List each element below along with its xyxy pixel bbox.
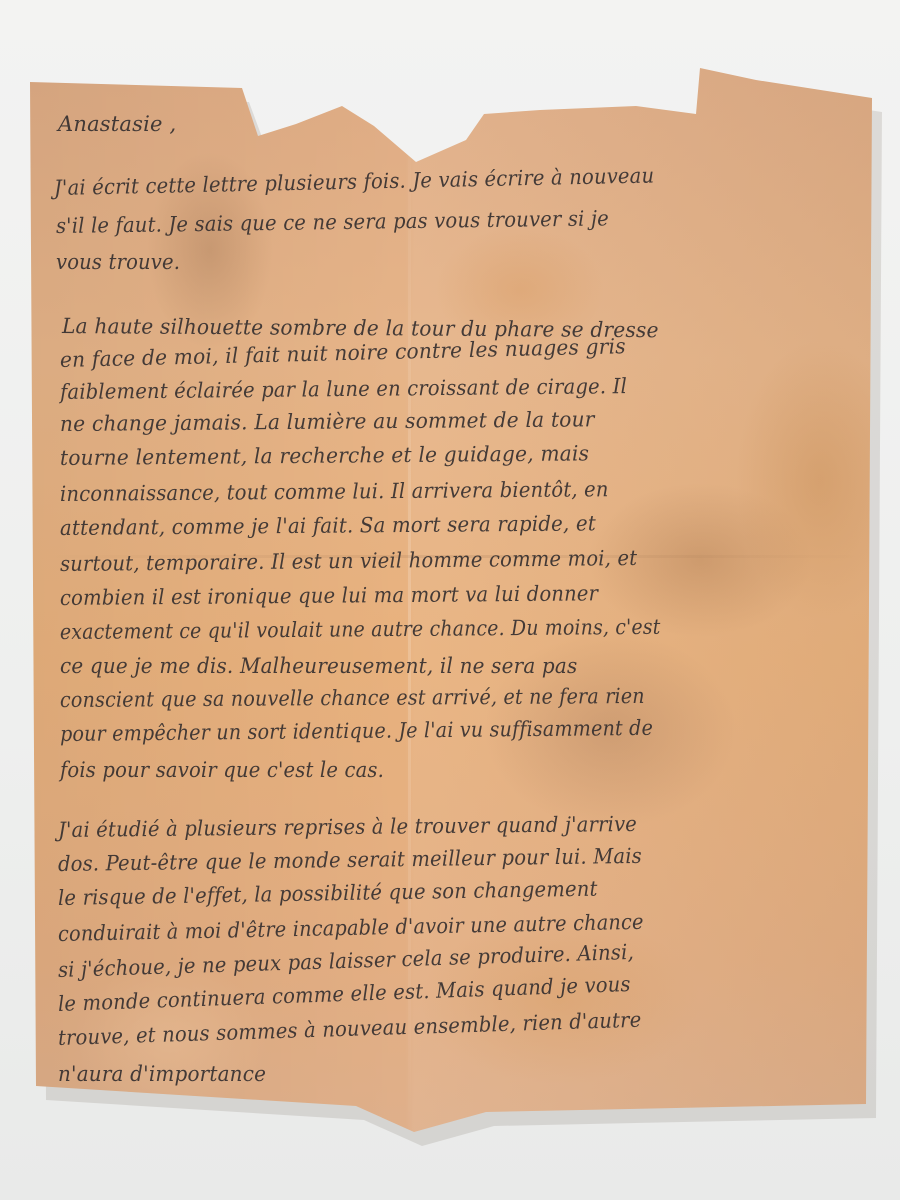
letter-line: pour empêcher un sort identique. Je l'ai… — [60, 716, 653, 746]
salutation: Anastasie , — [58, 112, 176, 136]
letter-line: n'aura d'importance — [58, 1062, 266, 1086]
letter-line: surtout, temporaire. Il est un vieil hom… — [60, 546, 637, 576]
letter-line: tourne lentement, la recherche et le gui… — [60, 441, 589, 470]
letter-line: fois pour savoir que c'est le cas. — [60, 758, 384, 782]
letter-line: trouve, et nous sommes à nouveau ensembl… — [58, 1008, 642, 1050]
letter-line: dos. Peut-être que le monde serait meill… — [58, 844, 642, 876]
letter-line: ne change jamais. La lumière au sommet d… — [60, 407, 595, 436]
letter-line: J'ai étudié à plusieurs reprises à le tr… — [58, 812, 637, 842]
letter-line: faiblement éclairée par la lune en crois… — [60, 374, 627, 404]
letter-line: conduirait à moi d'être incapable d'avoi… — [58, 910, 644, 946]
letter-line: vous trouve. — [56, 250, 180, 274]
letter-line: ce que je me dis. Malheureusement, il ne… — [60, 654, 577, 678]
letter-line: le risque de l'effet, la possibilité que… — [58, 877, 598, 910]
letter-line: combien il est ironique que lui ma mort … — [60, 581, 598, 610]
letter-line: inconnaissance, tout comme lui. Il arriv… — [60, 477, 609, 506]
handwritten-letter: Anastasie , J'ai écrit cette lettre plus… — [0, 0, 900, 1200]
letter-line: s'il le faut. Je sais que ce ne sera pas… — [56, 206, 609, 238]
letter-line: exactement ce qu'il voulait une autre ch… — [60, 615, 661, 644]
letter-line: J'ai écrit cette lettre plusieurs fois. … — [54, 163, 655, 200]
letter-line: conscient que sa nouvelle chance est arr… — [60, 684, 645, 712]
letter-line: attendant, comme je l'ai fait. Sa mort s… — [60, 511, 596, 540]
